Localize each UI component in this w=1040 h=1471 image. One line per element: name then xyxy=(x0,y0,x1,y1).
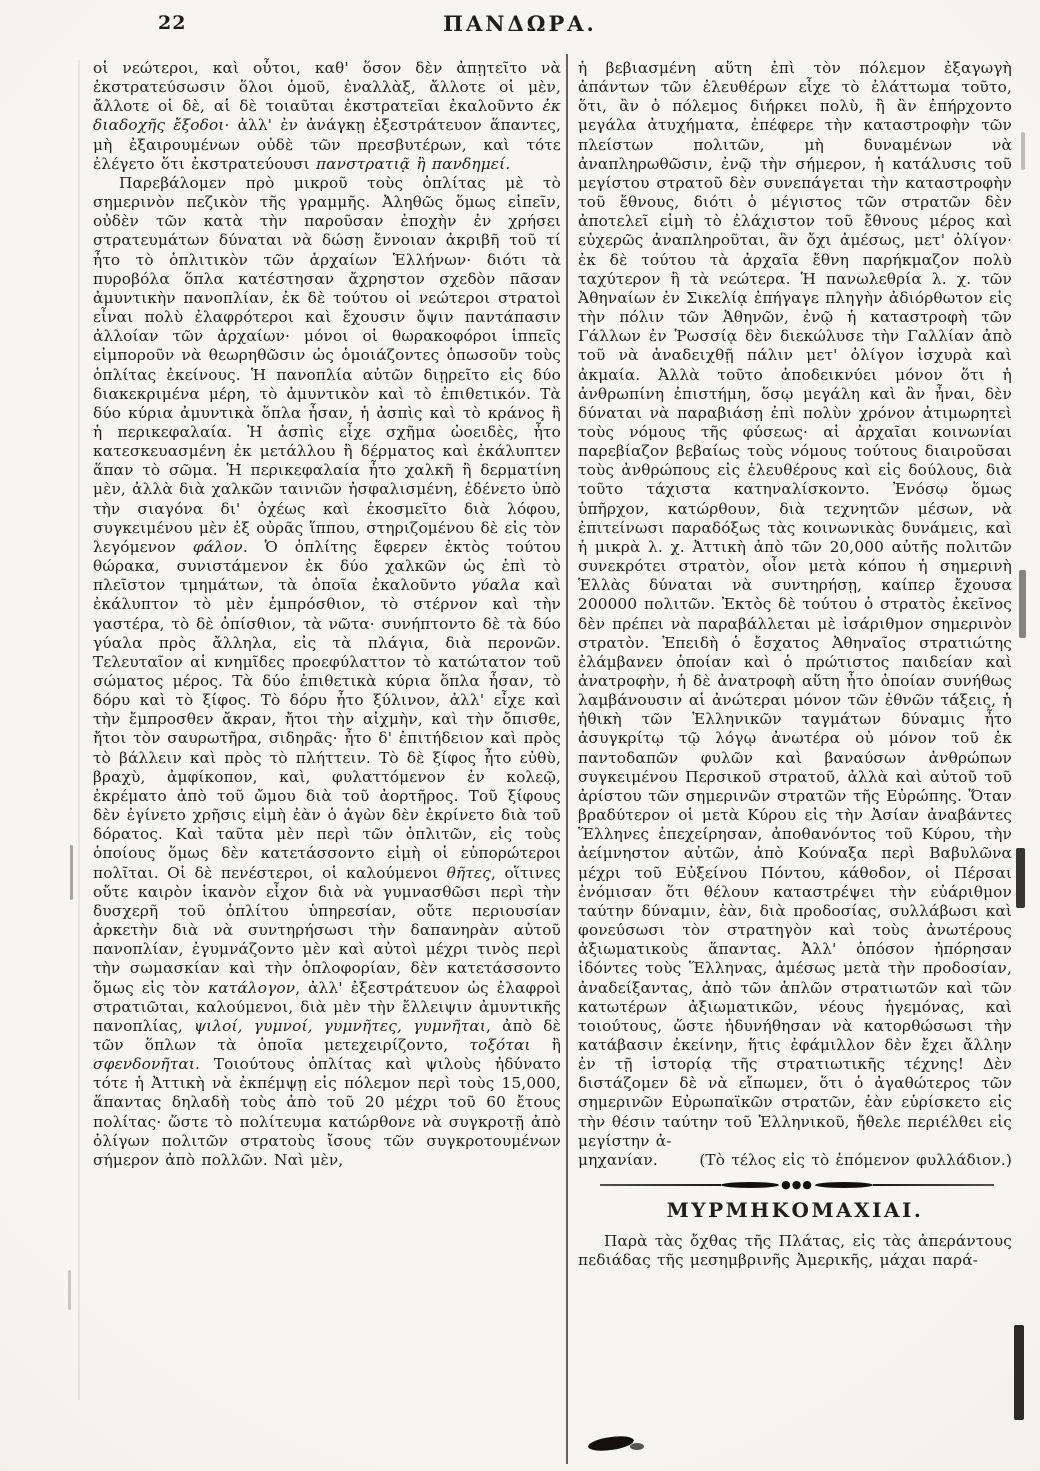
divider-lens-right-icon xyxy=(815,1182,873,1188)
closing-word: μηχανίαν. xyxy=(578,1151,658,1170)
divider-rule-left-icon xyxy=(600,1184,721,1186)
scan-artifact-left-streak xyxy=(78,60,80,1400)
column-divider-rule xyxy=(566,54,568,1464)
masthead-title: ΠΑΝΔΩΡΑ. xyxy=(0,11,1040,36)
scan-artifact-right-edge-3 xyxy=(1016,848,1025,908)
scan-smudge-bottom xyxy=(587,1434,634,1453)
left-column: οἱ νεώτεροι, καὶ οὗτοι, καθ' ὅσον δὲν ἀπ… xyxy=(93,59,561,1170)
paragraph: Παρεβάλομεν πρὸ μικροῦ τοὺς ὁπλίτας μὲ τ… xyxy=(93,174,561,1170)
scan-artifact-left-edge-1 xyxy=(70,845,73,900)
to-be-continued-note: (Τὸ τέλος εἰς τὸ ἑπόμενον φυλλάδιον.) xyxy=(699,1151,1012,1170)
scan-smudge-bottom-small xyxy=(630,1443,644,1450)
paragraph: οἱ νεώτεροι, καὶ οὗτοι, καθ' ὅσον δὲν ἀπ… xyxy=(93,59,561,174)
scanned-periodical-page: 22 ΠΑΝΔΩΡΑ. οἱ νεώτεροι, καὶ οὗτοι, καθ'… xyxy=(0,0,1040,1471)
article-body-continued: ἡ βεβιασμένη αὕτη ἐπὶ τὸν πόλεμον ἐξαγωγ… xyxy=(578,59,1012,1151)
paragraph: Παρὰ τὰς ὄχθας τῆς Πλάτας, εἰς τὰς ἀπερά… xyxy=(578,1232,1012,1270)
article-closing-line: μηχανίαν. (Τὸ τέλος εἰς τὸ ἑπόμενον φυλλ… xyxy=(578,1151,1012,1170)
scan-artifact-right-edge-2 xyxy=(1019,570,1026,638)
right-column: ἡ βεβιασμένη αὕτη ἐπὶ τὸν πόλεμον ἐξαγωγ… xyxy=(578,59,1012,1271)
article-heading-myrmekomachiai: ΜΥΡΜΗΚΟΜΑΧΙΑΙ. xyxy=(578,1201,1012,1220)
divider-dots-icon: ●●● xyxy=(779,1180,815,1190)
section-divider-ornament: ●●● xyxy=(600,1179,994,1191)
article-myrmekomachiai-body: Παρὰ τὰς ὄχθας τῆς Πλάτας, εἰς τὰς ἀπερά… xyxy=(578,1232,1012,1270)
scan-artifact-left-edge-2 xyxy=(68,1270,71,1310)
scan-artifact-right-edge-4 xyxy=(1014,1325,1024,1420)
divider-rule-right-icon xyxy=(873,1184,994,1186)
divider-lens-left-icon xyxy=(721,1182,779,1188)
paragraph: ἡ βεβιασμένη αὕτη ἐπὶ τὸν πόλεμον ἐξαγωγ… xyxy=(578,59,1012,1151)
scan-artifact-right-edge-1 xyxy=(1021,132,1025,170)
